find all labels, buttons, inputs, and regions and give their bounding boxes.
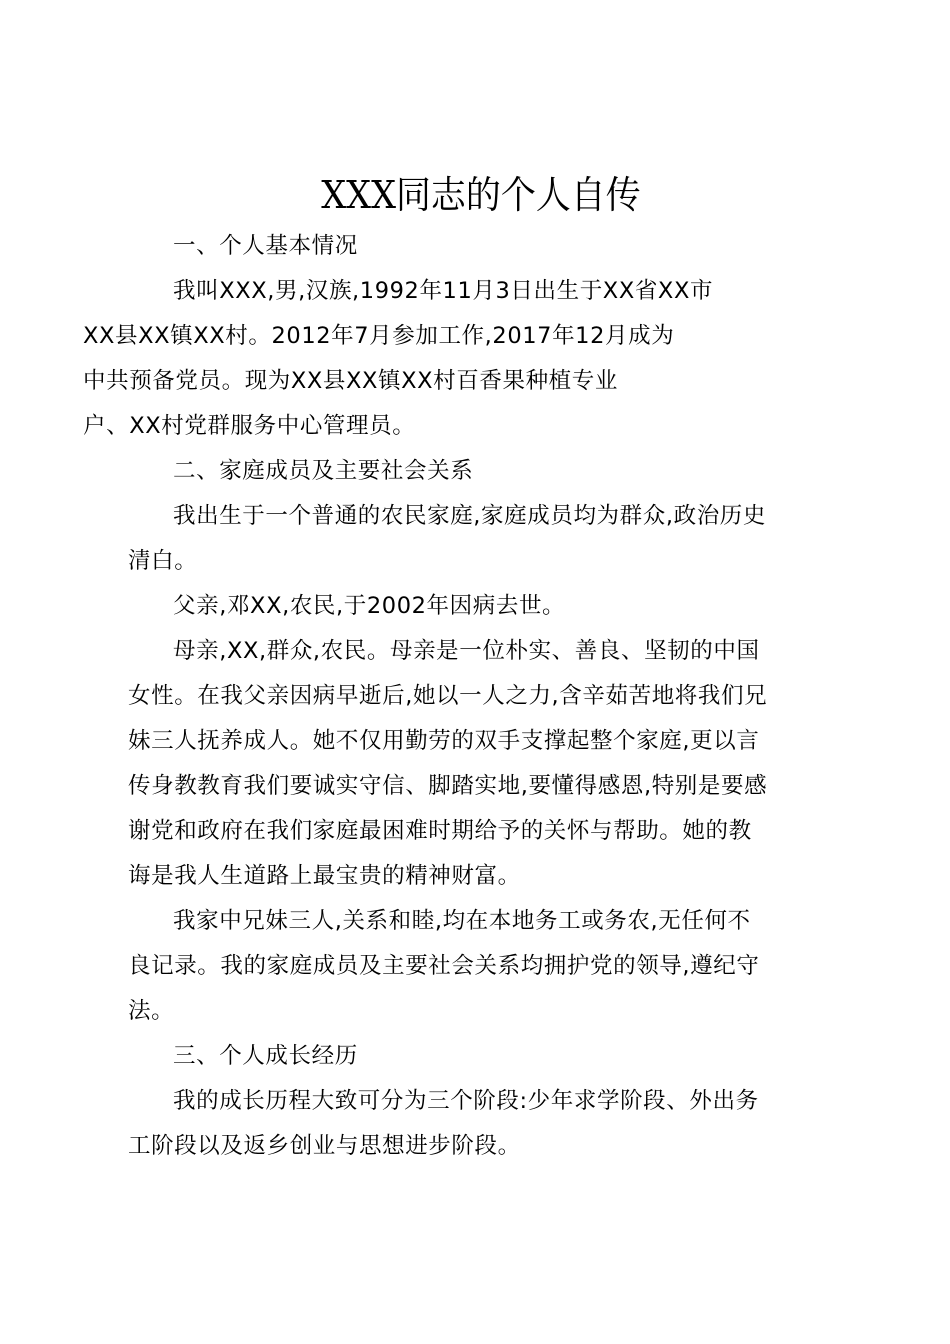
paragraph-family-background: 我出生于一个普通的农民家庭,家庭成员均为群众,政治历史 清白。 bbox=[128, 494, 834, 584]
text-line: 工阶段以及返乡创业与思想进步阶段。 bbox=[83, 1124, 834, 1169]
text-line: 母亲,XX,群众,农民。母亲是一位朴实、善良、坚韧的中国 bbox=[128, 629, 834, 674]
text-line: 女性。在我父亲因病早逝后,她以一人之力,含辛茹苦地将我们兄 bbox=[83, 674, 834, 719]
paragraph-mother: 母亲,XX,群众,农民。母亲是一位朴实、善良、坚韧的中国 女性。在我父亲因病早逝… bbox=[128, 629, 834, 899]
text-line: 清白。 bbox=[83, 539, 834, 584]
document-title: XXX同志的个人自传 bbox=[156, 168, 806, 222]
section-heading: 二、家庭成员及主要社会关系 bbox=[128, 449, 834, 494]
section-family: 二、家庭成员及主要社会关系 我出生于一个普通的农民家庭,家庭成员均为群众,政治历… bbox=[128, 449, 834, 1034]
text-line: 妹三人抚养成人。她不仅用勤劳的双手支撑起整个家庭,更以言 bbox=[83, 719, 834, 764]
paragraph-growth-stages: 我的成长历程大致可分为三个阶段:少年求学阶段、外出务 工阶段以及返乡创业与思想进… bbox=[128, 1079, 834, 1169]
section-heading: 一、个人基本情况 bbox=[128, 224, 834, 269]
section-heading: 三、个人成长经历 bbox=[128, 1034, 834, 1079]
text-line: 我出生于一个普通的农民家庭,家庭成员均为群众,政治历史 bbox=[128, 494, 834, 539]
text-line: 传身教教育我们要诚实守信、脚踏实地,要懂得感恩,特别是要感 bbox=[83, 764, 834, 809]
text-line: 谢党和政府在我们家庭最困难时期给予的关怀与帮助。她的教 bbox=[83, 809, 834, 854]
text-line: 我家中兄妹三人,关系和睦,均在本地务工或务农,无任何不 bbox=[128, 899, 834, 944]
text-line: 法。 bbox=[83, 989, 834, 1034]
text-line: 诲是我人生道路上最宝贵的精神财富。 bbox=[83, 854, 834, 899]
paragraph-father: 父亲,邓XX,农民,于2002年因病去世。 bbox=[128, 584, 834, 629]
paragraph-siblings: 我家中兄妹三人,关系和睦,均在本地务工或务农,无任何不 良记录。我的家庭成员及主… bbox=[128, 899, 834, 1034]
document-page: XXX同志的个人自传 一、个人基本情况 我叫XXX,男,汉族,1992年11月3… bbox=[128, 168, 834, 1169]
text-line: XX县XX镇XX村。2012年7月参加工作,2017年12月成为 bbox=[83, 314, 834, 359]
text-line: 父亲,邓XX,农民,于2002年因病去世。 bbox=[128, 584, 834, 629]
text-line: 良记录。我的家庭成员及主要社会关系均拥护党的领导,遵纪守 bbox=[83, 944, 834, 989]
text-line: 我的成长历程大致可分为三个阶段:少年求学阶段、外出务 bbox=[128, 1079, 834, 1124]
text-line: 户、XX村党群服务中心管理员。 bbox=[83, 404, 834, 449]
text-line: 中共预备党员。现为XX县XX镇XX村百香果种植专业 bbox=[83, 359, 834, 404]
text-line: 我叫XXX,男,汉族,1992年11月3日出生于XX省XX市 bbox=[128, 269, 834, 314]
paragraph-self-intro: 我叫XXX,男,汉族,1992年11月3日出生于XX省XX市 XX县XX镇XX村… bbox=[128, 269, 834, 449]
section-basic-info: 一、个人基本情况 我叫XXX,男,汉族,1992年11月3日出生于XX省XX市 … bbox=[128, 224, 834, 449]
section-growth: 三、个人成长经历 我的成长历程大致可分为三个阶段:少年求学阶段、外出务 工阶段以… bbox=[128, 1034, 834, 1169]
